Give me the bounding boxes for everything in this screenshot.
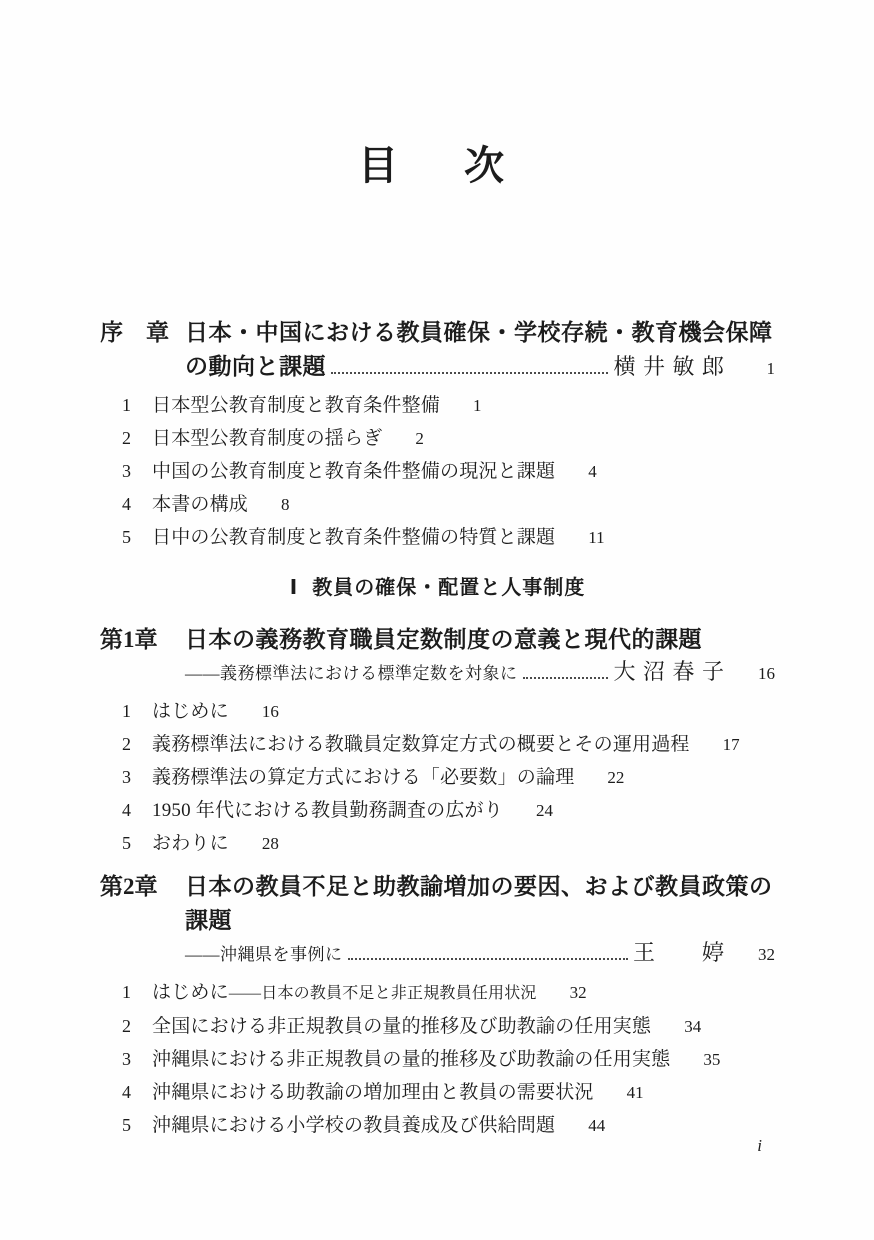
author-name: 大 沼 春 子 — [613, 657, 725, 687]
item-page-number: 34 — [684, 1010, 701, 1043]
folio-page-number: i — [757, 1136, 762, 1156]
dotted-leader — [523, 669, 609, 679]
dotted-leader — [331, 364, 608, 374]
chapter-title-continued: の動向と課題 — [185, 350, 326, 384]
chapter-title: 日本・中国における教員確保・学校存続・教育機会保障 — [185, 316, 775, 350]
chapter-subtitle: ——沖縄県を事例に — [185, 940, 343, 970]
item-page-number: 32 — [570, 976, 587, 1009]
item-page-number: 24 — [536, 794, 553, 827]
chapter-author-line: ——沖縄県を事例に 王 婷 32 — [100, 938, 775, 970]
toc-item: 2 日本型公教育制度の揺らぎ 2 — [100, 422, 775, 455]
item-page-number: 35 — [703, 1043, 720, 1076]
item-title-main: はじめに — [152, 982, 229, 1003]
toc-item: 5 沖縄県における小学校の教員養成及び供給問題 44 — [100, 1109, 775, 1142]
item-number: 3 — [122, 455, 142, 488]
chapter-page-number: 32 — [725, 940, 775, 970]
dotted-leader — [348, 950, 628, 960]
toc-item: 4 本書の構成 8 — [100, 488, 775, 521]
item-number: 2 — [122, 728, 142, 761]
item-number: 4 — [122, 488, 142, 521]
toc-item: 4 1950 年代における教員勤務調査の広がり 24 — [100, 794, 775, 827]
item-page-number: 44 — [588, 1109, 605, 1142]
toc-item: 1 日本型公教育制度と教育条件整備 1 — [100, 389, 775, 422]
toc-item: 2 義務標準法における教職員定数算定方式の概要とその運用過程 17 — [100, 728, 775, 761]
item-title: 義務標準法の算定方式における「必要数」の論理 — [152, 761, 574, 794]
item-title: はじめに——日本の教員不足と非正規教員任用状況 — [152, 976, 537, 1010]
item-title: 日本型公教育制度の揺らぎ — [152, 422, 382, 455]
item-title: 義務標準法における教職員定数算定方式の概要とその運用過程 — [152, 728, 690, 761]
item-title: 沖縄県における非正規教員の量的推移及び助教諭の任用実態 — [152, 1043, 670, 1076]
chapter-title: 日本の義務教育職員定数制度の意義と現代的課題 — [185, 623, 775, 657]
item-page-number: 16 — [262, 695, 279, 728]
chapter-heading: 序 章 日本・中国における教員確保・学校存続・教育機会保障 — [100, 316, 775, 350]
item-page-number: 8 — [281, 488, 290, 521]
item-number: 1 — [122, 695, 142, 728]
item-number: 1 — [122, 389, 142, 422]
author-name: 王 婷 — [633, 938, 725, 968]
part-heading: Ⅰ教員の確保・配置と人事制度 — [100, 575, 775, 601]
item-title: 沖縄県における助教諭の増加理由と教員の需要状況 — [152, 1076, 594, 1109]
item-page-number: 1 — [473, 389, 482, 422]
book-toc-page: 目 次 序 章 日本・中国における教員確保・学校存続・教育機会保障 の動向と課題… — [0, 0, 874, 1240]
chapter-label: 序 章 — [100, 316, 185, 350]
author-name: 横 井 敏 郎 — [613, 350, 725, 384]
item-title: おわりに — [152, 827, 229, 860]
toc-item: 2 全国における非正規教員の量的推移及び助教諭の任用実態 34 — [100, 1010, 775, 1043]
item-page-number: 41 — [627, 1076, 644, 1109]
item-title: 日中の公教育制度と教育条件整備の特質と課題 — [152, 521, 555, 554]
chapter-title-continued: 課題 — [100, 904, 775, 938]
item-number: 4 — [122, 794, 142, 827]
item-page-number: 22 — [607, 761, 624, 794]
toc-item-list: 1 日本型公教育制度と教育条件整備 1 2 日本型公教育制度の揺らぎ 2 3 中… — [100, 389, 775, 554]
item-page-number: 2 — [415, 422, 424, 455]
item-page-number: 17 — [723, 728, 740, 761]
item-number: 2 — [122, 422, 142, 455]
toc-section-intro: 序 章 日本・中国における教員確保・学校存続・教育機会保障 の動向と課題 横 井… — [100, 187, 775, 554]
toc-item: 1 はじめに 16 — [100, 695, 775, 728]
toc-content: 目 次 序 章 日本・中国における教員確保・学校存続・教育機会保障 の動向と課題… — [0, 0, 874, 1142]
toc-item: 4 沖縄県における助教諭の増加理由と教員の需要状況 41 — [100, 1076, 775, 1109]
item-number: 3 — [122, 761, 142, 794]
chapter-heading: 第2章 日本の教員不足と助教諭増加の要因、および教員政策の — [100, 870, 775, 904]
item-page-number: 4 — [588, 455, 597, 488]
item-number: 5 — [122, 1109, 142, 1142]
toc-item-list: 1 はじめに——日本の教員不足と非正規教員任用状況 32 2 全国における非正規… — [100, 976, 775, 1142]
item-page-number: 28 — [262, 827, 279, 860]
chapter-page-number: 1 — [725, 352, 775, 386]
item-title: 本書の構成 — [152, 488, 248, 521]
item-page-number: 11 — [588, 521, 604, 554]
toc-section-chapter1: 第1章 日本の義務教育職員定数制度の意義と現代的課題 ——義務標準法における標準… — [100, 601, 775, 860]
toc-section-part1: Ⅰ教員の確保・配置と人事制度 — [100, 554, 775, 601]
chapter-label: 第2章 — [100, 870, 185, 904]
toc-item: 5 日中の公教育制度と教育条件整備の特質と課題 11 — [100, 521, 775, 554]
item-title: 中国の公教育制度と教育条件整備の現況と課題 — [152, 455, 555, 488]
chapter-heading: 第1章 日本の義務教育職員定数制度の意義と現代的課題 — [100, 623, 775, 657]
chapter-title: 日本の教員不足と助教諭増加の要因、および教員政策の — [185, 870, 775, 904]
item-number: 3 — [122, 1043, 142, 1076]
toc-item: 1 はじめに——日本の教員不足と非正規教員任用状況 32 — [100, 976, 775, 1010]
toc-item: 3 中国の公教育制度と教育条件整備の現況と課題 4 — [100, 455, 775, 488]
item-title: 1950 年代における教員勤務調査の広がり — [152, 794, 503, 827]
item-title: 全国における非正規教員の量的推移及び助教諭の任用実態 — [152, 1010, 651, 1043]
item-number: 1 — [122, 976, 142, 1009]
chapter-author-line: ——義務標準法における標準定数を対象に 大 沼 春 子 16 — [100, 657, 775, 689]
item-number: 5 — [122, 521, 142, 554]
item-number: 4 — [122, 1076, 142, 1109]
toc-item: 5 おわりに 28 — [100, 827, 775, 860]
toc-section-chapter2: 第2章 日本の教員不足と助教諭増加の要因、および教員政策の 課題 ——沖縄県を事… — [100, 860, 775, 1142]
toc-item: 3 義務標準法の算定方式における「必要数」の論理 22 — [100, 761, 775, 794]
toc-title: 目 次 — [100, 0, 775, 187]
part-title: 教員の確保・配置と人事制度 — [312, 577, 585, 599]
item-subtitle: ——日本の教員不足と非正規教員任用状況 — [229, 985, 537, 1002]
item-number: 2 — [122, 1010, 142, 1043]
chapter-page-number: 16 — [725, 659, 775, 689]
chapter-subtitle: ——義務標準法における標準定数を対象に — [185, 659, 518, 689]
chapter-label: 第1章 — [100, 623, 185, 657]
item-title: 沖縄県における小学校の教員養成及び供給問題 — [152, 1109, 555, 1142]
item-number: 5 — [122, 827, 142, 860]
toc-item-list: 1 はじめに 16 2 義務標準法における教職員定数算定方式の概要とその運用過程… — [100, 695, 775, 860]
part-numeral: Ⅰ — [290, 577, 298, 599]
item-title: はじめに — [152, 695, 229, 728]
chapter-author-line: の動向と課題 横 井 敏 郎 1 — [100, 350, 775, 386]
toc-item: 3 沖縄県における非正規教員の量的推移及び助教諭の任用実態 35 — [100, 1043, 775, 1076]
item-title: 日本型公教育制度と教育条件整備 — [152, 389, 440, 422]
